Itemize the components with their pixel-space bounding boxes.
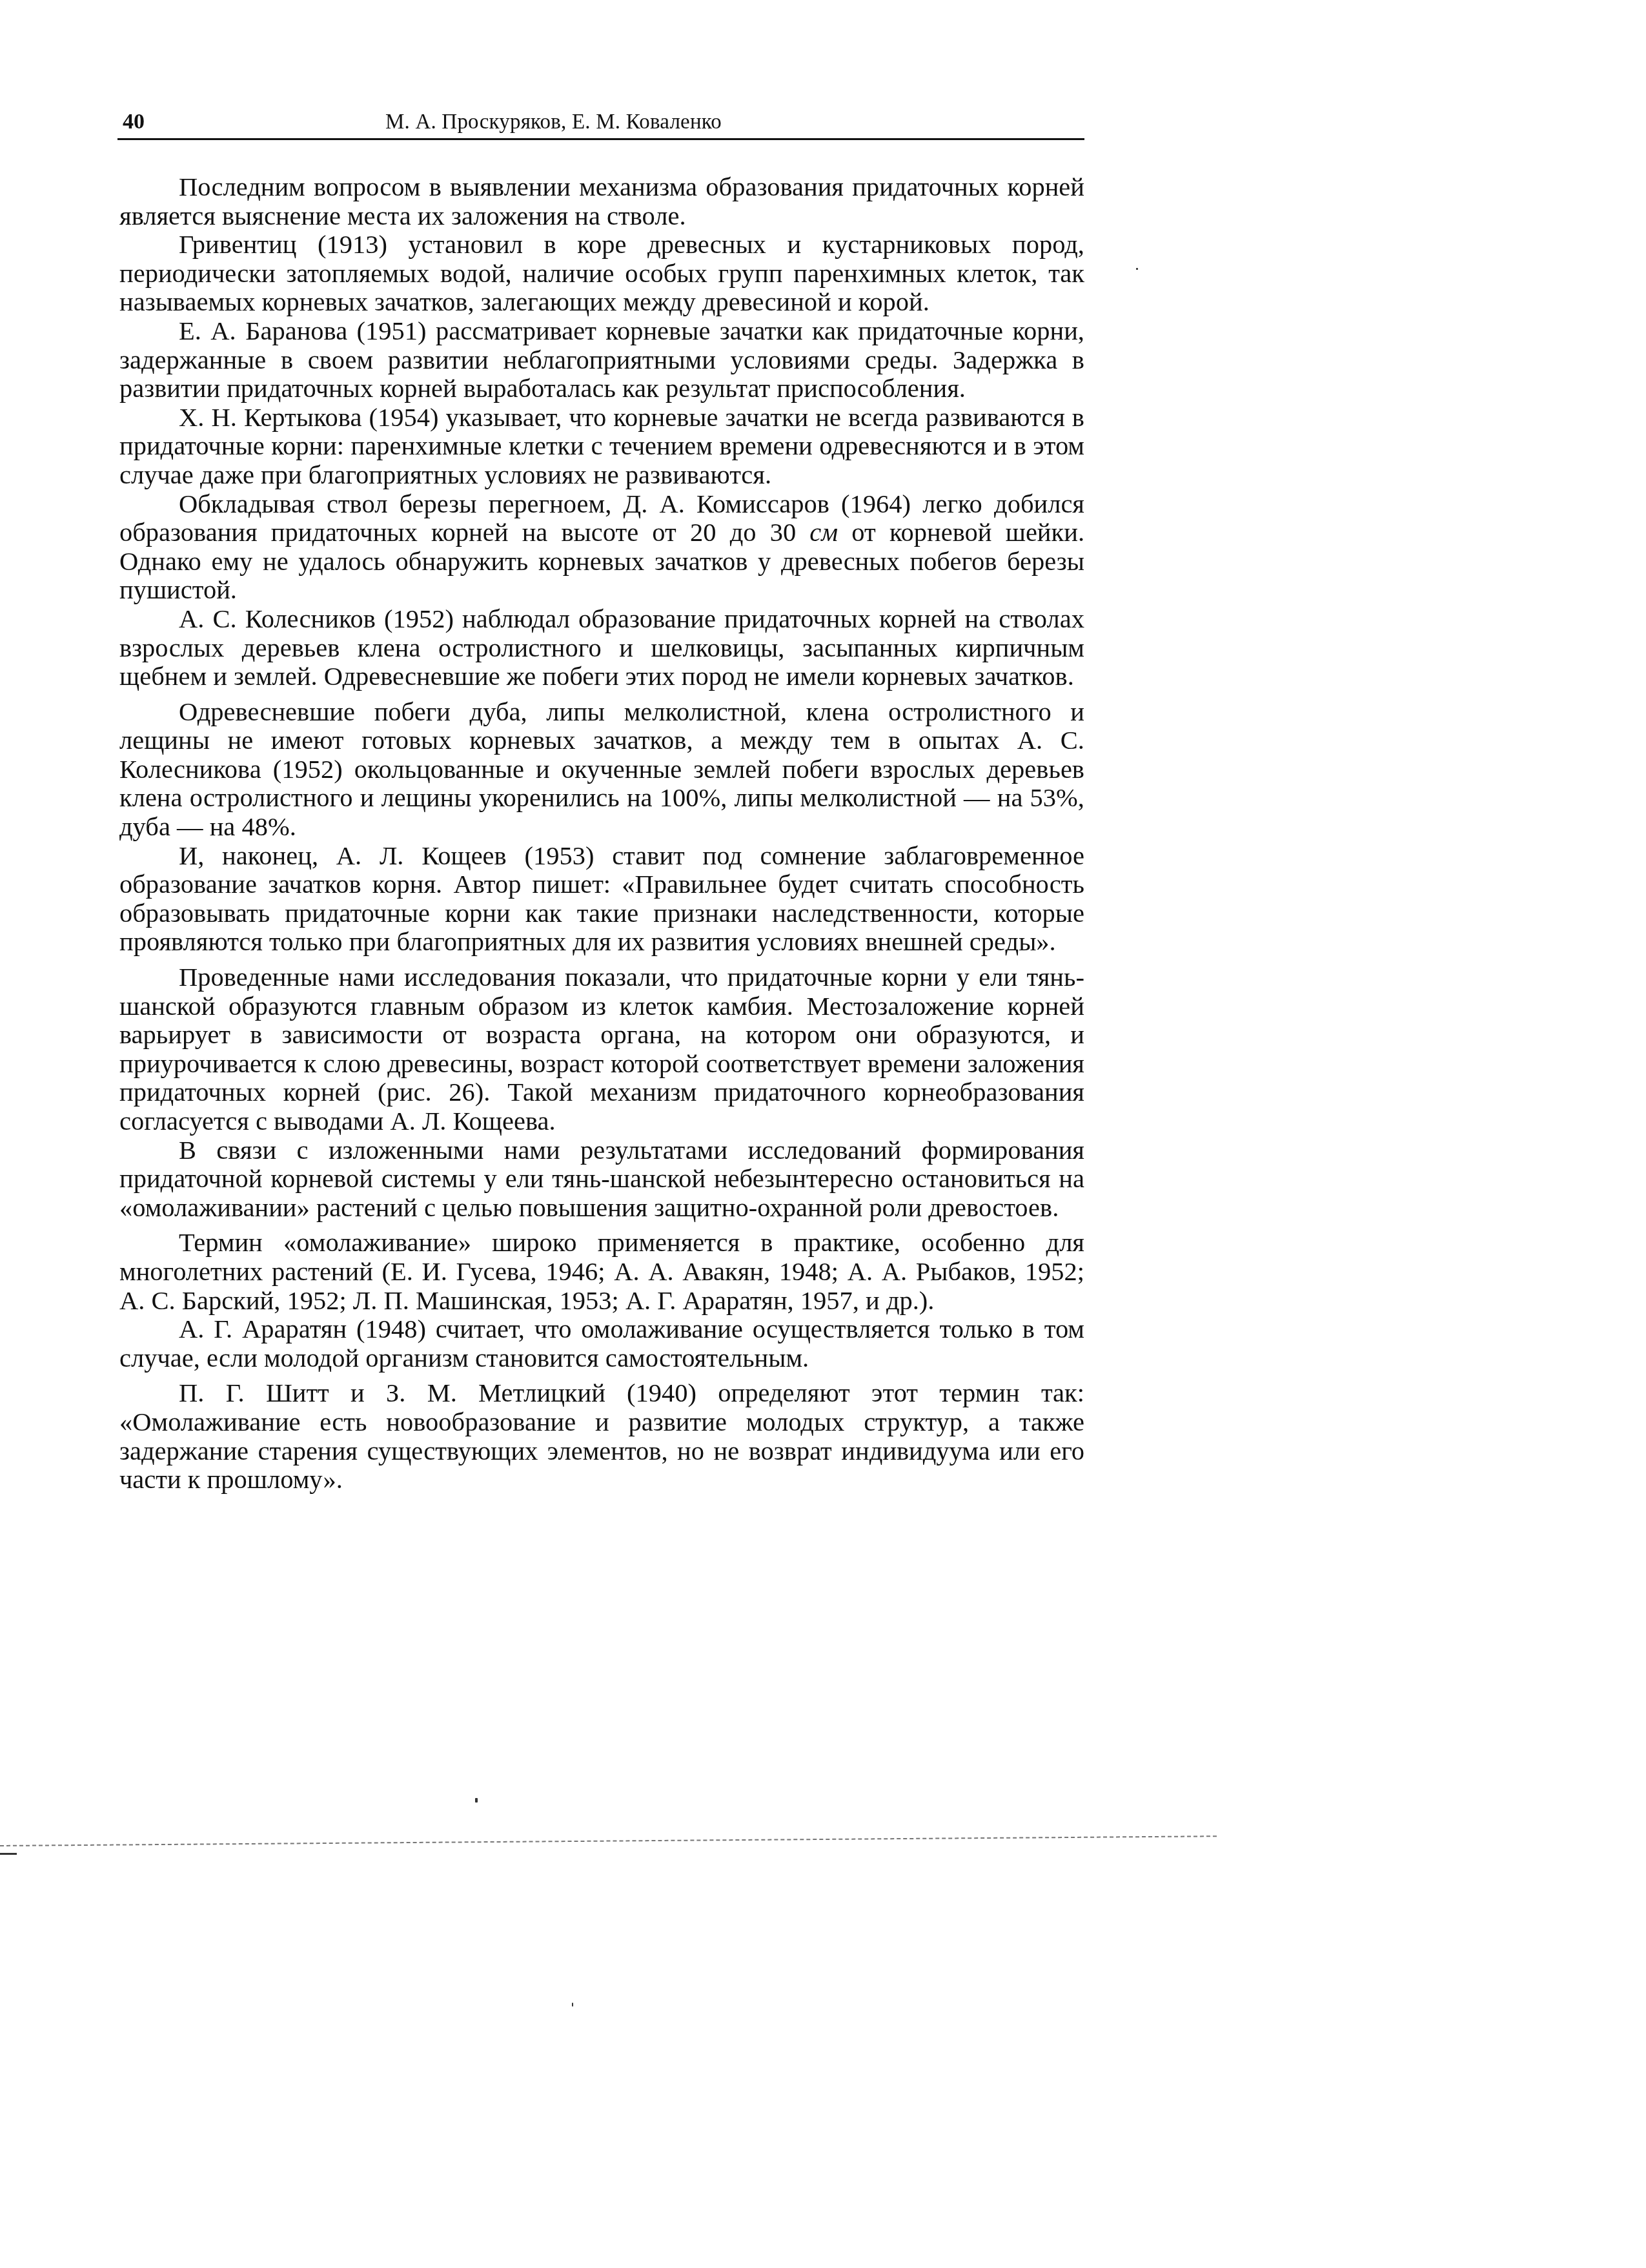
running-head: 40 М. А. Проскуряков, Е. М. Коваленко	[119, 107, 1084, 137]
scan-speck	[572, 2003, 573, 2007]
header-rule	[117, 138, 1084, 140]
paragraph-kolesnikov: А. С. Колесников (1952) наблюдал образов…	[119, 605, 1084, 691]
paragraph-rejuvenation-intro: В связи с изложенными нами результатами …	[119, 1136, 1084, 1223]
scan-dashed-edge-line	[0, 1835, 1217, 1846]
paragraph-araratyan: А. Г. Араратян (1948) считает, что омола…	[119, 1315, 1084, 1373]
paragraph-shitt-metlitsky: П. Г. Шитт и З. М. Метлицкий (1940) опре…	[119, 1379, 1084, 1494]
scan-speck	[475, 1798, 478, 1803]
paragraph-own-research: Проведенные нами исследования показали, …	[119, 963, 1084, 1136]
scanned-book-page: 40 М. А. Проскуряков, Е. М. Коваленко По…	[0, 0, 1646, 2268]
paragraph-term-rejuvenation: Термин «омолаживание» широко применяется…	[119, 1229, 1084, 1315]
scan-speck	[1136, 268, 1138, 270]
paragraph-koshcheev: И, наконец, А. Л. Кощеев (1953) ставит п…	[119, 842, 1084, 957]
body-text: Последним вопросом в выявлении механизма…	[119, 173, 1084, 1495]
page-number: 40	[123, 107, 145, 137]
running-title-authors: М. А. Проскуряков, Е. М. Коваленко	[385, 107, 722, 137]
paragraph-baranova: Е. А. Баранова (1951) рассматривает корн…	[119, 317, 1084, 404]
paragraph-lignified-shoots: Одревесневшие побеги дуба, липы мелколис…	[119, 698, 1084, 842]
paragraph-komissarov: Обкладывая ствол березы перегноем, Д. А.…	[119, 490, 1084, 605]
scan-edge-mark	[0, 1853, 17, 1855]
unit-cm: см	[809, 518, 838, 547]
paragraph-kertykova: Х. Н. Кертыкова (1954) указывает, что ко…	[119, 404, 1084, 490]
paragraph-root-origin-question: Последним вопросом в выявлении механизма…	[119, 173, 1084, 230]
paragraph-griventits: Гривентиц (1913) установил в коре древес…	[119, 230, 1084, 317]
